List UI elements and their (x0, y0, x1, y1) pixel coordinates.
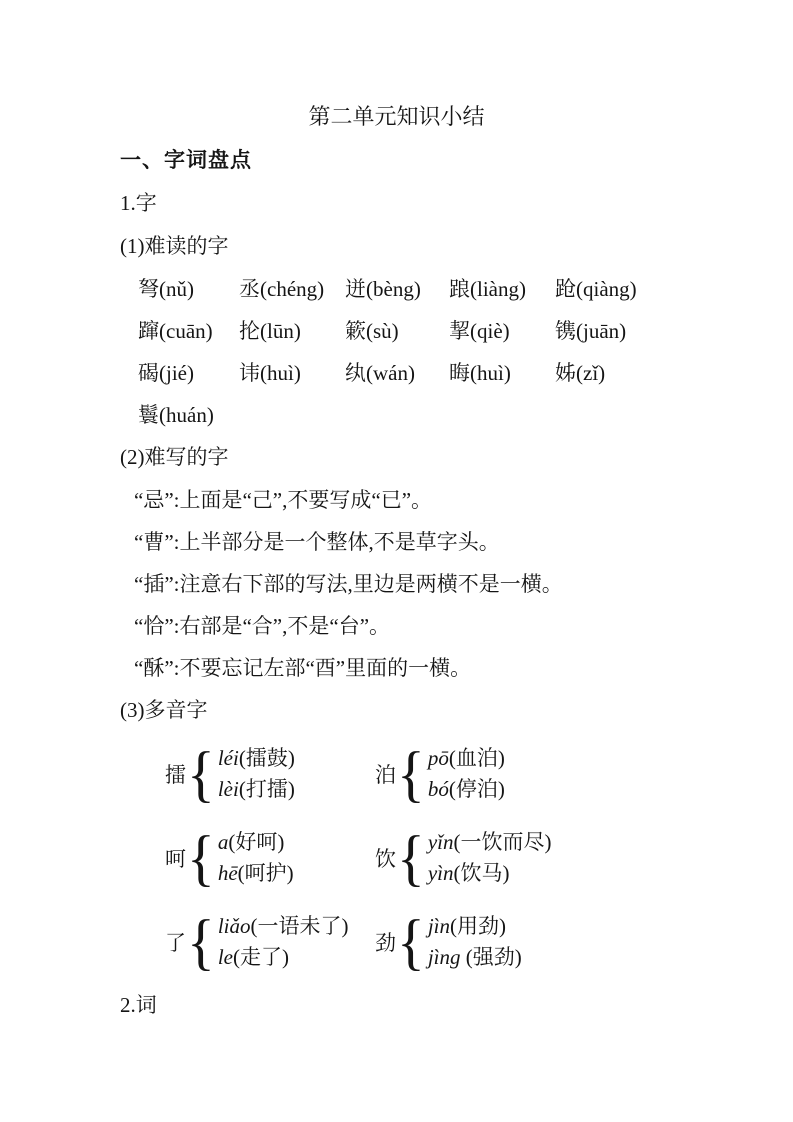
char-entry: 镌(juān) (555, 310, 793, 352)
pinyin: a (218, 830, 229, 854)
char-entry (555, 394, 793, 436)
pinyin: bó (428, 777, 449, 801)
base-character: 擂 (165, 759, 186, 789)
polyphonic-row-1: 擂 { léi(擂鼓) lèi(打擂) 泊 { pō(血泊) bó(停泊) (165, 732, 793, 816)
section-heading-word-inventory: 一、字词盘点 (120, 139, 793, 182)
example-word: (呵护) (238, 861, 294, 885)
pronunciation-entry: léi(擂鼓) (218, 743, 295, 774)
polyphonic-group-lei: 擂 { léi(擂鼓) lèi(打擂) (165, 743, 375, 805)
char-entry: 讳(huì) (239, 352, 345, 394)
writing-note-cao: “曹”:上半部分是一个整体,不是草字头。 (134, 521, 793, 563)
example-word: (停泊) (449, 777, 505, 801)
char-entry: 晦(huì) (449, 352, 555, 394)
hard-read-row-1: 弩(nǔ) 丞(chéng) 迸(bèng) 踉(liàng) 跄(qiàng) (138, 268, 793, 310)
brace-glyph: { (397, 827, 425, 890)
char-entry: 姊(zǐ) (555, 352, 793, 394)
pinyin: liǎo (218, 914, 251, 938)
base-character: 呵 (165, 843, 186, 873)
base-character: 了 (165, 927, 186, 957)
example-word: (打擂) (239, 777, 295, 801)
pronunciation-entry: hē(呵护) (218, 858, 294, 889)
pinyin: jìn (428, 914, 450, 938)
brace-glyph: { (397, 743, 425, 806)
char-entry: 迸(bèng) (345, 268, 449, 310)
polyphonic-group-jin: 劲 { jìn(用劲) jìng (强劲) (375, 911, 522, 973)
example-word: (用劲) (450, 914, 506, 938)
pronunciation-entry: le(走了) (218, 942, 349, 973)
pinyin: yǐn (428, 830, 454, 854)
example-word: (血泊) (449, 746, 505, 770)
example-word: (走了) (233, 945, 289, 969)
base-character: 泊 (375, 759, 396, 789)
char-entry (449, 394, 555, 436)
base-character: 劲 (375, 927, 396, 957)
char-entry: 纨(wán) (345, 352, 449, 394)
polyphonic-row-2: 呵 { a(好呵) hē(呵护) 饮 { yǐn(一饮而尽) yìn(饮马) (165, 816, 793, 900)
char-entry: 弩(nǔ) (138, 268, 239, 310)
base-character: 饮 (375, 843, 396, 873)
example-word: (好呵) (228, 830, 284, 854)
writing-note-ji: “忌”:上面是“己”,不要写成“已”。 (134, 479, 793, 521)
pronunciation-list: jìn(用劲) jìng (强劲) (428, 911, 522, 973)
example-word: (一饮而尽) (454, 830, 552, 854)
pinyin: pō (428, 746, 449, 770)
subsection-characters: 1.字 (120, 182, 793, 225)
hard-read-row-3: 碣(jié) 讳(huì) 纨(wán) 晦(huì) 姊(zǐ) (138, 352, 793, 394)
pinyin: jìng (428, 945, 461, 969)
pronunciation-list: yǐn(一饮而尽) yìn(饮马) (428, 827, 552, 889)
pronunciation-list: pō(血泊) bó(停泊) (428, 743, 505, 805)
pronunciation-entry: yìn(饮马) (428, 858, 552, 889)
pinyin: le (218, 945, 233, 969)
pronunciation-entry: yǐn(一饮而尽) (428, 827, 552, 858)
pinyin: léi (218, 746, 239, 770)
pinyin: yìn (428, 861, 454, 885)
brace-glyph: { (187, 911, 215, 974)
pronunciation-entry: jìng (强劲) (428, 942, 522, 973)
pronunciation-list: léi(擂鼓) lèi(打擂) (218, 743, 295, 805)
brace-glyph: { (397, 911, 425, 974)
char-entry: 碣(jié) (138, 352, 239, 394)
char-entry (345, 394, 449, 436)
polyphonic-label: (3)多音字 (120, 689, 793, 732)
hard-read-row-2: 蹿(cuān) 抡(lūn) 簌(sù) 挈(qiè) 镌(juān) (138, 310, 793, 352)
example-word: (一语未了) (251, 914, 349, 938)
writing-note-cha: “插”:注意右下部的写法,里边是两横不是一横。 (134, 563, 793, 605)
pronunciation-entry: liǎo(一语未了) (218, 911, 349, 942)
char-entry (239, 394, 345, 436)
pronunciation-entry: bó(停泊) (428, 774, 505, 805)
hard-to-read-label: (1)难读的字 (120, 225, 793, 268)
polyphonic-group-liao: 了 { liǎo(一语未了) le(走了) (165, 911, 375, 973)
char-entry: 抡(lūn) (239, 310, 345, 352)
polyphonic-group-po: 泊 { pō(血泊) bó(停泊) (375, 743, 505, 805)
char-entry: 鬟(huán) (138, 394, 239, 436)
polyphonic-group-he: 呵 { a(好呵) hē(呵护) (165, 827, 375, 889)
writing-note-qia: “恰”:右部是“合”,不是“台”。 (134, 605, 793, 647)
hard-read-row-4: 鬟(huán) (138, 394, 793, 436)
pinyin: hē (218, 861, 238, 885)
pronunciation-entry: jìn(用劲) (428, 911, 522, 942)
example-word: (饮马) (454, 861, 510, 885)
writing-note-su: “酥”:不要忘记左部“酉”里面的一横。 (134, 647, 793, 689)
char-entry: 丞(chéng) (239, 268, 345, 310)
hard-to-write-label: (2)难写的字 (120, 436, 793, 479)
char-entry: 挈(qiè) (449, 310, 555, 352)
polyphonic-row-3: 了 { liǎo(一语未了) le(走了) 劲 { jìn(用劲) jìng (… (165, 900, 793, 984)
pronunciation-entry: pō(血泊) (428, 743, 505, 774)
subsection-words: 2.词 (120, 984, 793, 1027)
document-page: 第二单元知识小结 一、字词盘点 1.字 (1)难读的字 弩(nǔ) 丞(chén… (0, 0, 793, 1122)
example-word: (擂鼓) (239, 746, 295, 770)
pronunciation-list: a(好呵) hē(呵护) (218, 827, 294, 889)
char-entry: 跄(qiàng) (555, 268, 793, 310)
pronunciation-entry: a(好呵) (218, 827, 294, 858)
pronunciation-list: liǎo(一语未了) le(走了) (218, 911, 349, 973)
char-entry: 踉(liàng) (449, 268, 555, 310)
char-entry: 簌(sù) (345, 310, 449, 352)
polyphonic-group-yin: 饮 { yǐn(一饮而尽) yìn(饮马) (375, 827, 552, 889)
brace-glyph: { (187, 827, 215, 890)
page-title: 第二单元知识小结 (0, 95, 793, 139)
brace-glyph: { (187, 743, 215, 806)
example-word: (强劲) (461, 945, 522, 969)
pinyin: lèi (218, 777, 239, 801)
char-entry: 蹿(cuān) (138, 310, 239, 352)
pronunciation-entry: lèi(打擂) (218, 774, 295, 805)
